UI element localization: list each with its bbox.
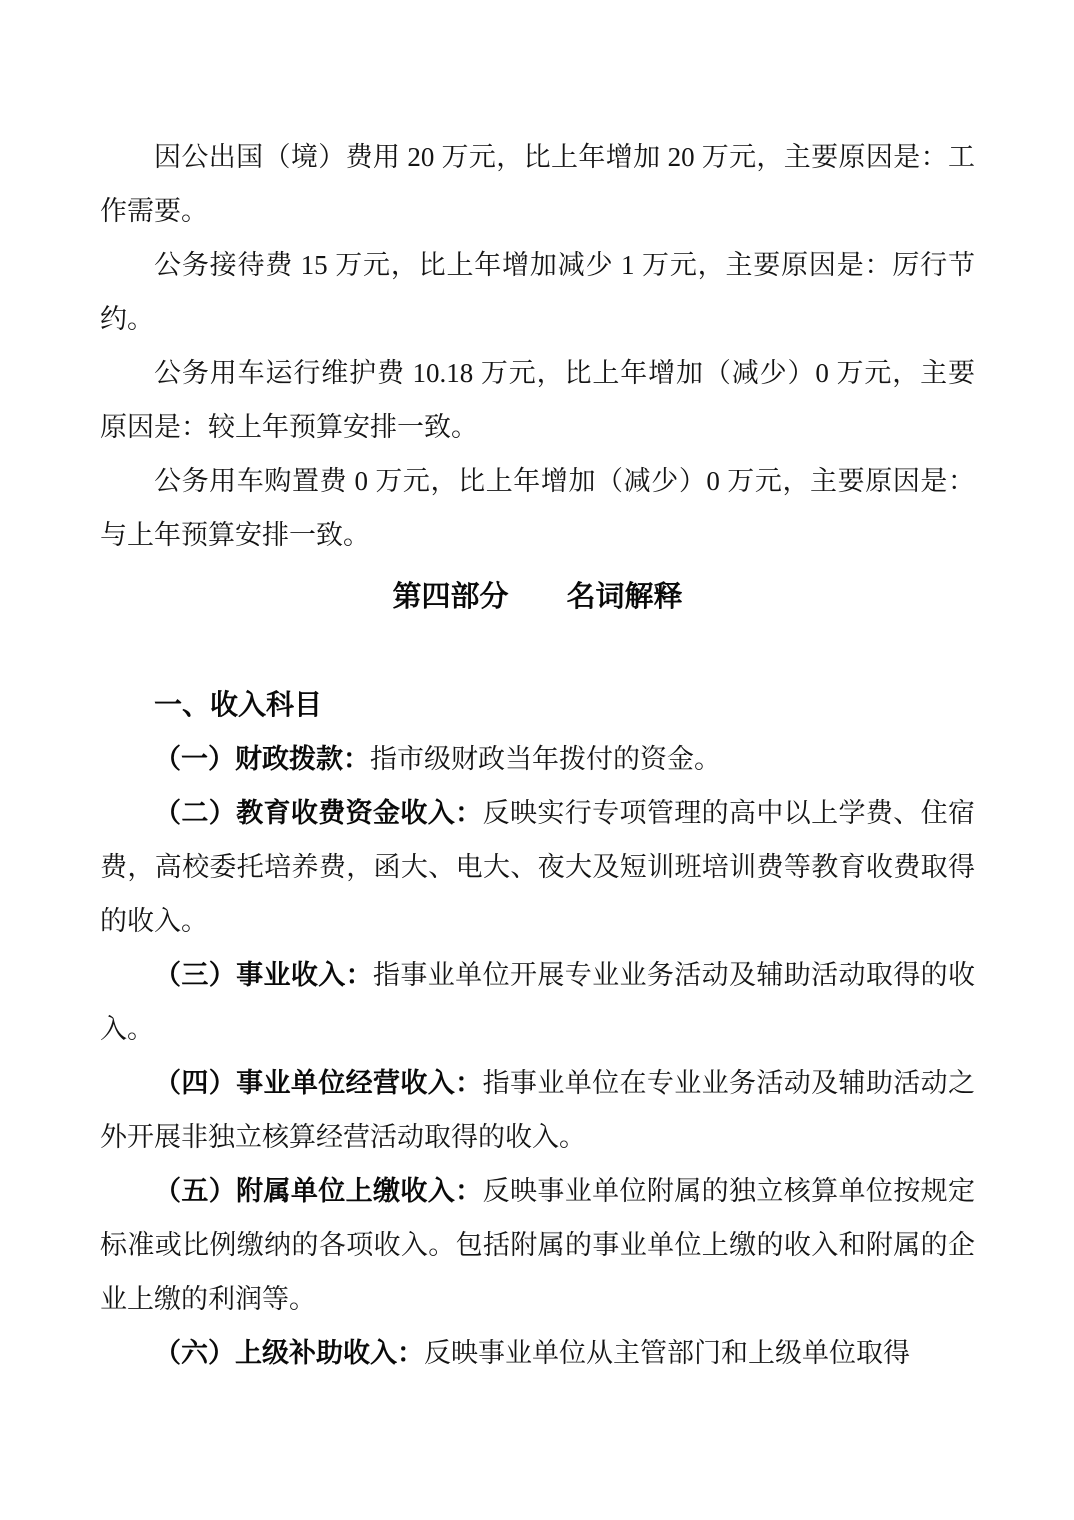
subsection-title-income-subjects: 一、收入科目 (100, 678, 975, 732)
term-label: （四）事业单位经营收入： (154, 1068, 483, 1098)
term-item-superior-subsidy-income: （六）上级补助收入：反映事业单位从主管部门和上级单位取得 (100, 1326, 975, 1380)
term-definition: 指市级财政当年拨付的资金。 (370, 744, 721, 774)
term-label: （二）教育收费资金收入： (154, 798, 483, 828)
para-overseas-trip-expense: 因公出国（境）费用 20 万元，比上年增加 20 万元，主要原因是：工作需要。 (100, 130, 975, 238)
para-vehicle-maintenance-expense: 公务用车运行维护费 10.18 万元，比上年增加（减少）0 万元，主要原因是：较… (100, 346, 975, 454)
section-title: 第四部分 名词解释 (100, 570, 975, 624)
term-item-institution-income: （三）事业收入：指事业单位开展专业业务活动及辅助活动取得的收入。 (100, 948, 975, 1056)
term-label: （五）附属单位上缴收入： (154, 1176, 483, 1206)
document-content: 因公出国（境）费用 20 万元，比上年增加 20 万元，主要原因是：工作需要。 … (100, 130, 975, 1380)
term-item-affiliated-unit-remittance-income: （五）附属单位上缴收入：反映事业单位附属的独立核算单位按规定标准或比例缴纳的各项… (100, 1164, 975, 1326)
para-official-reception-expense: 公务接待费 15 万元，比上年增加减少 1 万元，主要原因是：厉行节约。 (100, 238, 975, 346)
para-vehicle-purchase-expense: 公务用车购置费 0 万元，比上年增加（减少）0 万元，主要原因是：与上年预算安排… (100, 454, 975, 562)
term-label: （三）事业收入： (154, 960, 373, 990)
term-item-institution-operating-income: （四）事业单位经营收入：指事业单位在专业业务活动及辅助活动之外开展非独立核算经营… (100, 1056, 975, 1164)
document-page: 因公出国（境）费用 20 万元，比上年增加 20 万元，主要原因是：工作需要。 … (0, 0, 1074, 1520)
term-definition: 反映事业单位从主管部门和上级单位取得 (424, 1338, 910, 1368)
term-item-education-fee-income: （二）教育收费资金收入：反映实行专项管理的高中以上学费、住宿费，高校委托培养费，… (100, 786, 975, 948)
term-label: （一）财政拨款： (154, 744, 370, 774)
term-item-fiscal-appropriation: （一）财政拨款：指市级财政当年拨付的资金。 (100, 732, 975, 786)
term-label: （六）上级补助收入： (154, 1338, 424, 1368)
